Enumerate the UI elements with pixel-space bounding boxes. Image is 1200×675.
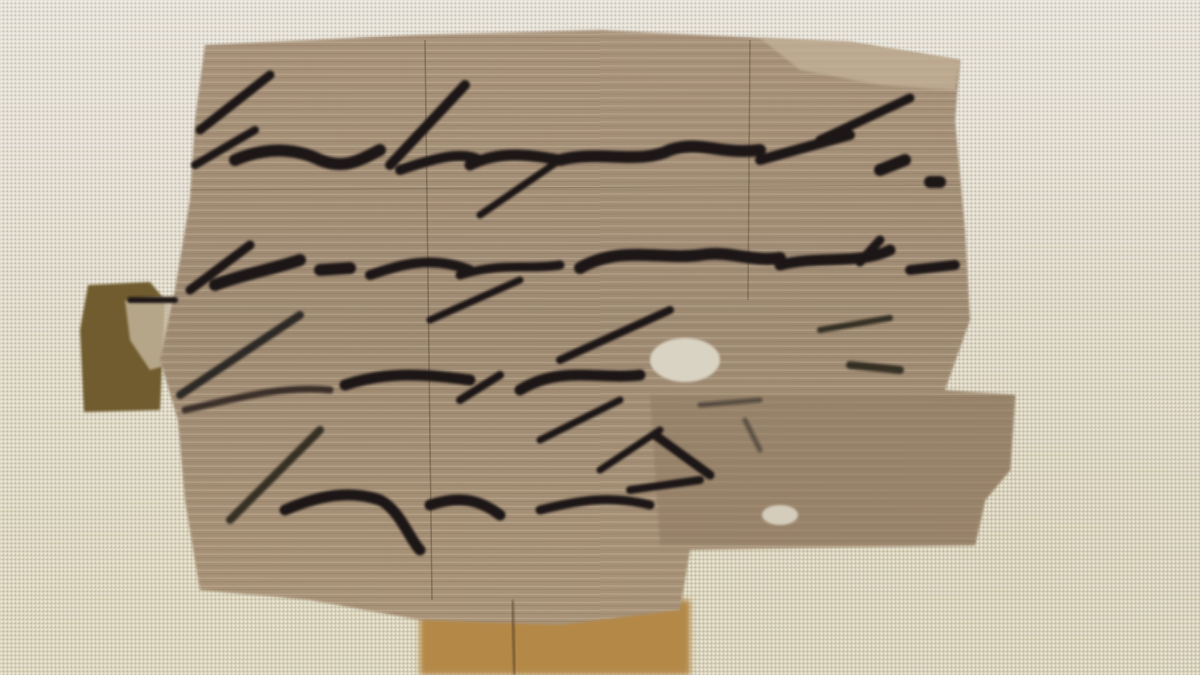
photo-scene: Ancient papyrus fragment with dark ink h…: [0, 0, 1200, 675]
papyrus-fragment: [0, 0, 1200, 675]
